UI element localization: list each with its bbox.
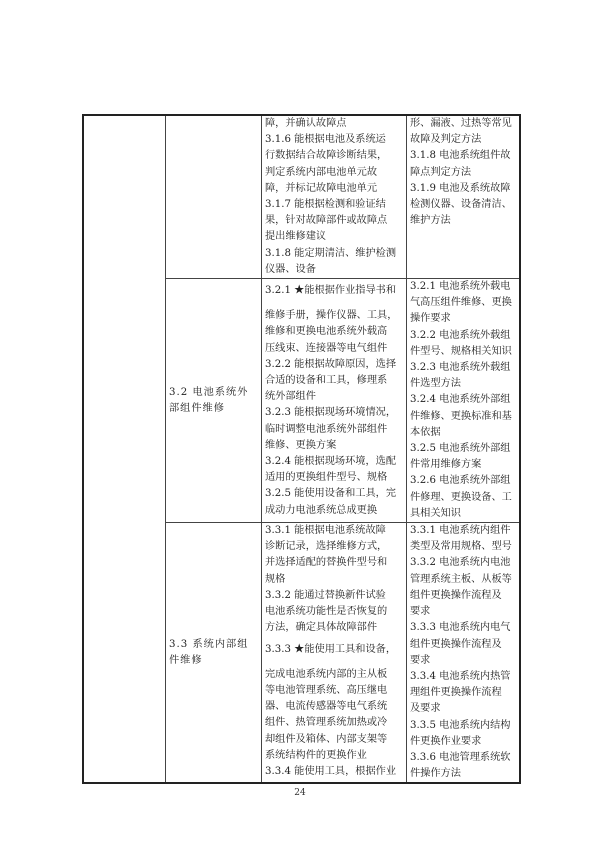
text-line: 判定系统内部电池单元故	[265, 165, 403, 181]
text-line: 3.2.2 电池系统外载组	[410, 328, 516, 344]
text-line: 果，针对故障部件或故障点	[265, 213, 403, 229]
text-line: 维修、更换方案	[265, 438, 403, 454]
text-line: 件维修、更换标准和基	[410, 409, 516, 425]
text-line: 3.1.7 能根据检测和验证结	[265, 197, 403, 213]
text-line: 组件、热管理系统加热或冷	[265, 715, 403, 731]
text-line: 3.2.3 电池系统外载组	[410, 360, 516, 376]
related-knowledge-cell: 形、漏液、过热等常见 故障及判定方法 3.1.8 电池系统组件故 障点判定方法 …	[407, 115, 521, 279]
text-line: 完成电池系统内部的主从板	[265, 667, 403, 683]
text-line: 3.2.5 能使用设备和工具，完	[265, 486, 403, 502]
text-line: 件常用维修方案	[410, 457, 516, 473]
text-line: 维修和更换电池系统外载高	[265, 324, 403, 340]
text-line: 系统结构件的更换作业	[265, 748, 403, 764]
text-line: 3.3.3 电池系统内电气	[410, 620, 516, 636]
text-line: 维修手册，操作仪器、工具，	[265, 308, 403, 324]
text-line: 诊断记录，选择维修方式，	[265, 539, 403, 555]
text-line: 3.3.1 能根据电池系统故障	[265, 523, 403, 539]
text-line: 障，并标记故障电池单元	[265, 181, 403, 197]
text-line: 3.2.5 电池系统外部组	[410, 441, 516, 457]
text-line: 3.2.4 电池系统外部组	[410, 392, 516, 408]
unit-title-line: 部组件维修	[169, 401, 258, 417]
text-line: 统外部组件	[265, 389, 403, 405]
text-line: 3.3.2 电池系统内电池	[410, 555, 516, 571]
text-line: 组件更换操作流程及	[410, 637, 516, 653]
text-line: 合适的设备和工具，修理系	[265, 373, 403, 389]
related-knowledge-cell: 3.2.1 电池系统外载电 气高压组件维修、更换 操作要求 3.2.2 电池系统…	[407, 279, 521, 523]
text-line: 压线束、连接器等电气组件	[265, 341, 403, 357]
text-line: 方法，确定具体故障部件	[265, 620, 403, 636]
text-line: 行数据结合故障诊断结果，	[265, 148, 403, 164]
skill-requirements-cell: 3.3.1 能根据电池系统故障 诊断记录，选择维修方式， 并选择适配的替换件型号…	[262, 523, 407, 784]
text-line: 器、电流传感器等电气系统	[265, 699, 403, 715]
text-line: 要求	[410, 604, 516, 620]
text-line: 3.3.4 能使用工具，根据作业	[265, 764, 403, 780]
unit-cell	[166, 115, 262, 279]
spacer	[265, 299, 403, 308]
text-line: 3.2.3 能根据现场环境情况，	[265, 405, 403, 421]
text-line: 3.3.2 能通过替换新件试验	[265, 588, 403, 604]
text-line: 检测仪器、设备清洁、	[410, 197, 516, 213]
text-line: 3.2.1 ★能根据作业指导书和	[265, 283, 403, 299]
related-knowledge-cell: 3.3.1 电池系统内组件 类型及常用规格、型号 3.3.2 电池系统内电池 管…	[407, 523, 521, 784]
text-line: 却组件及箱体、内部支架等	[265, 732, 403, 748]
text-line: 成动力电池系统总成更换	[265, 503, 403, 519]
text-line: 并选择适配的替换件型号和	[265, 555, 403, 571]
text-line: 仪器、设备	[265, 262, 403, 278]
text-line: 3.2.2 能根据故障原因，选择	[265, 357, 403, 373]
spacer	[265, 658, 403, 667]
text-line: 3.3.1 电池系统内组件	[410, 523, 516, 539]
unit-title-line: 3.2 电池系统外	[169, 385, 258, 401]
text-line: 组件更换操作流程及	[410, 588, 516, 604]
text-line: 理组件更换操作流程	[410, 685, 516, 701]
text-line: 操作要求	[410, 311, 516, 327]
page-number: 24	[0, 788, 600, 798]
text-line: 3.1.8 能定期清洁、维护检测	[265, 246, 403, 262]
text-line: 管理系统主板、从板等	[410, 572, 516, 588]
text-line: 件选型方法	[410, 376, 516, 392]
text-line: 规格	[265, 572, 403, 588]
unit-cell: 3.2 电池系统外 部组件维修	[166, 279, 262, 523]
text-line: 故障及判定方法	[410, 132, 516, 148]
text-line: 障点判定方法	[410, 165, 516, 181]
text-line: 及要求	[410, 701, 516, 717]
skill-requirements-cell: 障，并确认故障点 3.1.6 能根据电池及系统运 行数据结合故障诊断结果， 判定…	[262, 115, 407, 279]
text-line: 3.3.3 ★能使用工具和设备，	[265, 642, 403, 658]
text-line: 3.2.4 能根据现场环境，选配	[265, 454, 403, 470]
text-line: 具相关知识	[410, 506, 516, 522]
text-line: 件操作方法	[410, 766, 516, 782]
text-line: 等电池管理系统、高压继电	[265, 683, 403, 699]
text-line: 3.2.1 电池系统外载电	[410, 279, 516, 295]
text-line: 3.1.9 电池及系统故障	[410, 181, 516, 197]
text-line: 3.1.6 能根据电池及系统运	[265, 132, 403, 148]
category-cell	[83, 115, 166, 783]
text-line: 障，并确认故障点	[265, 116, 403, 132]
text-line: 件更换作业要求	[410, 734, 516, 750]
skills-standard-table: 障，并确认故障点 3.1.6 能根据电池及系统运 行数据结合故障诊断结果， 判定…	[82, 114, 521, 784]
text-line: 3.3.6 电池管理系统软	[410, 750, 516, 766]
document-page: 障，并确认故障点 3.1.6 能根据电池及系统运 行数据结合故障诊断结果， 判定…	[0, 0, 600, 848]
text-line: 提出维修建议	[265, 229, 403, 245]
table-row: 障，并确认故障点 3.1.6 能根据电池及系统运 行数据结合故障诊断结果， 判定…	[83, 115, 520, 279]
text-line: 本依据	[410, 425, 516, 441]
text-line: 临时调整电池系统外部组件	[265, 422, 403, 438]
unit-title-line: 3.3 系统内部组	[169, 637, 258, 653]
text-line: 适用的更换组件型号、规格	[265, 470, 403, 486]
text-line: 3.3.4 电池系统内热管	[410, 669, 516, 685]
text-line: 类型及常用规格、型号	[410, 539, 516, 555]
text-line: 维护方法	[410, 213, 516, 229]
text-line: 3.2.6 电池系统外部组	[410, 473, 516, 489]
text-line: 电池系统功能性是否恢复的	[265, 604, 403, 620]
unit-cell: 3.3 系统内部组 件维修	[166, 523, 262, 784]
text-line: 形、漏液、过热等常见	[410, 116, 516, 132]
text-line: 气高压组件维修、更换	[410, 295, 516, 311]
skill-requirements-cell: 3.2.1 ★能根据作业指导书和 维修手册，操作仪器、工具， 维修和更换电池系统…	[262, 279, 407, 523]
text-line: 件型号、规格相关知识	[410, 344, 516, 360]
unit-title-line: 件维修	[169, 653, 258, 669]
text-line: 要求	[410, 653, 516, 669]
text-line: 件修理、更换设备、工	[410, 490, 516, 506]
text-line: 3.1.8 电池系统组件故	[410, 148, 516, 164]
text-line: 3.3.5 电池系统内结构	[410, 718, 516, 734]
